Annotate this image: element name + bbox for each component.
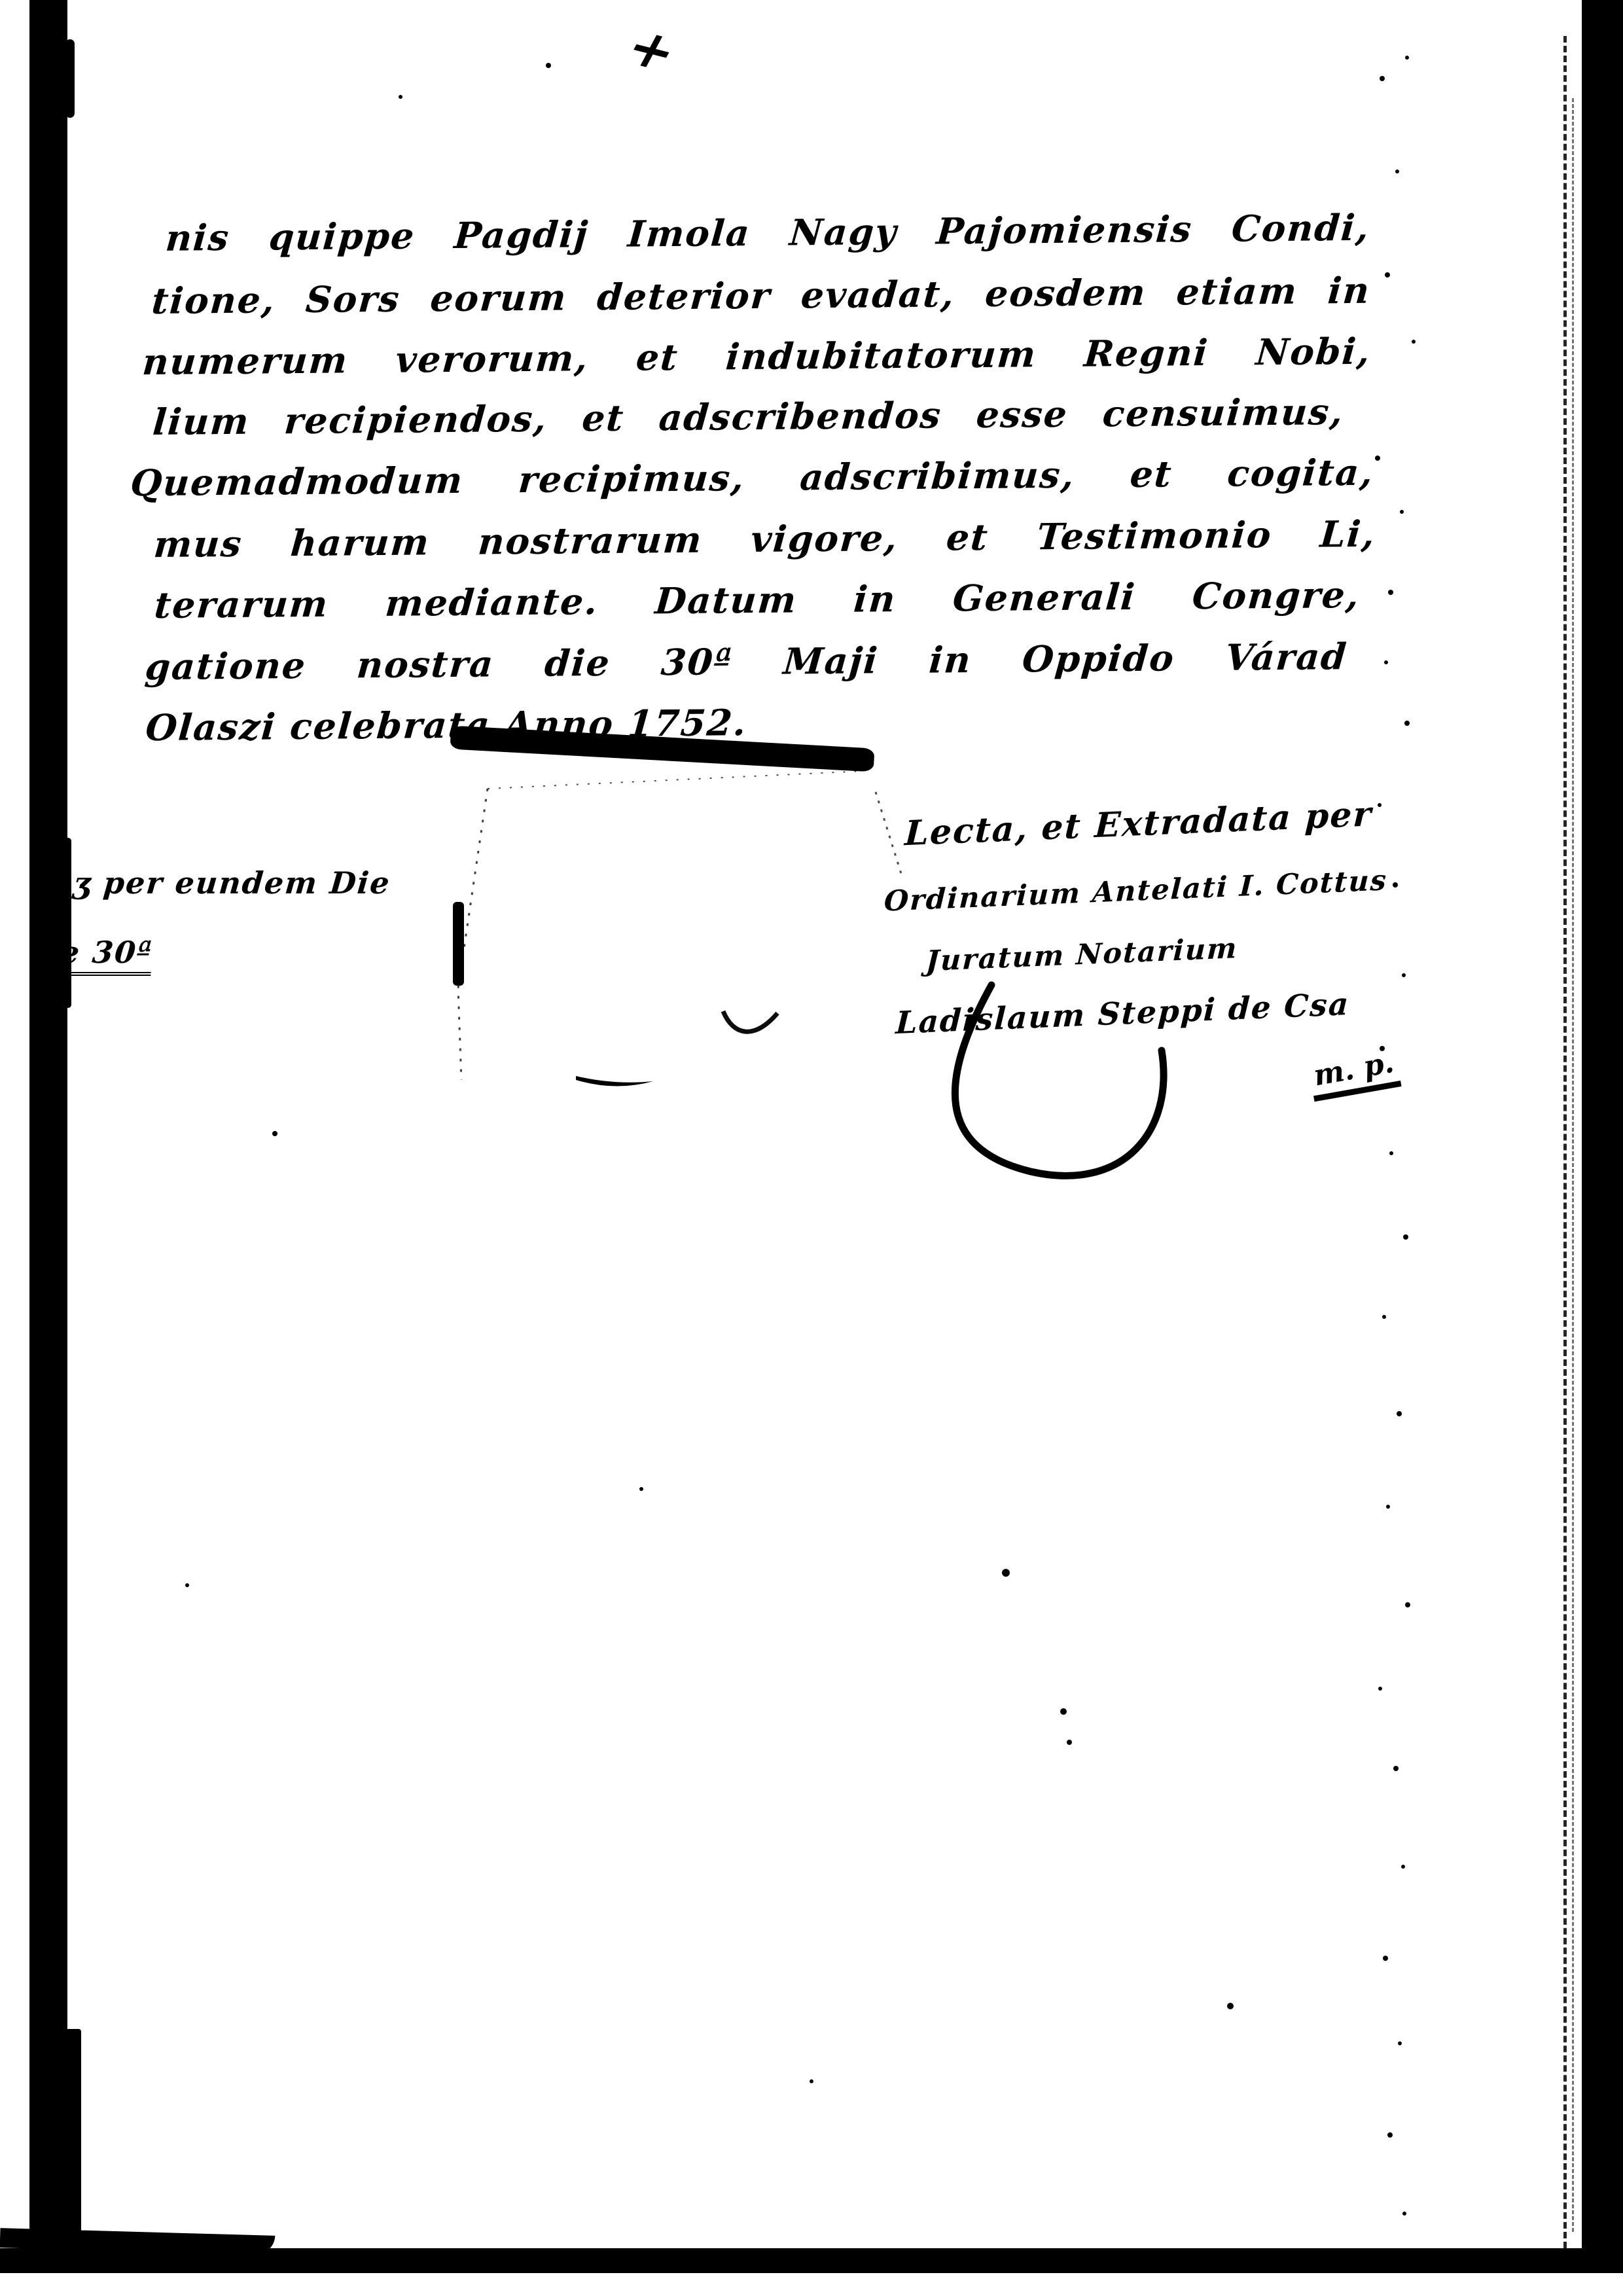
margin-note-line-1: ʒ per eundem Die: [72, 865, 392, 901]
signature-flourish-loop: [883, 916, 1407, 1191]
manuscript-scan-page: + nis quippe Pagdij Imola Nagy Pajomiens…: [0, 0, 1623, 2296]
margin-note-line-2: ie 30ª: [45, 935, 154, 976]
